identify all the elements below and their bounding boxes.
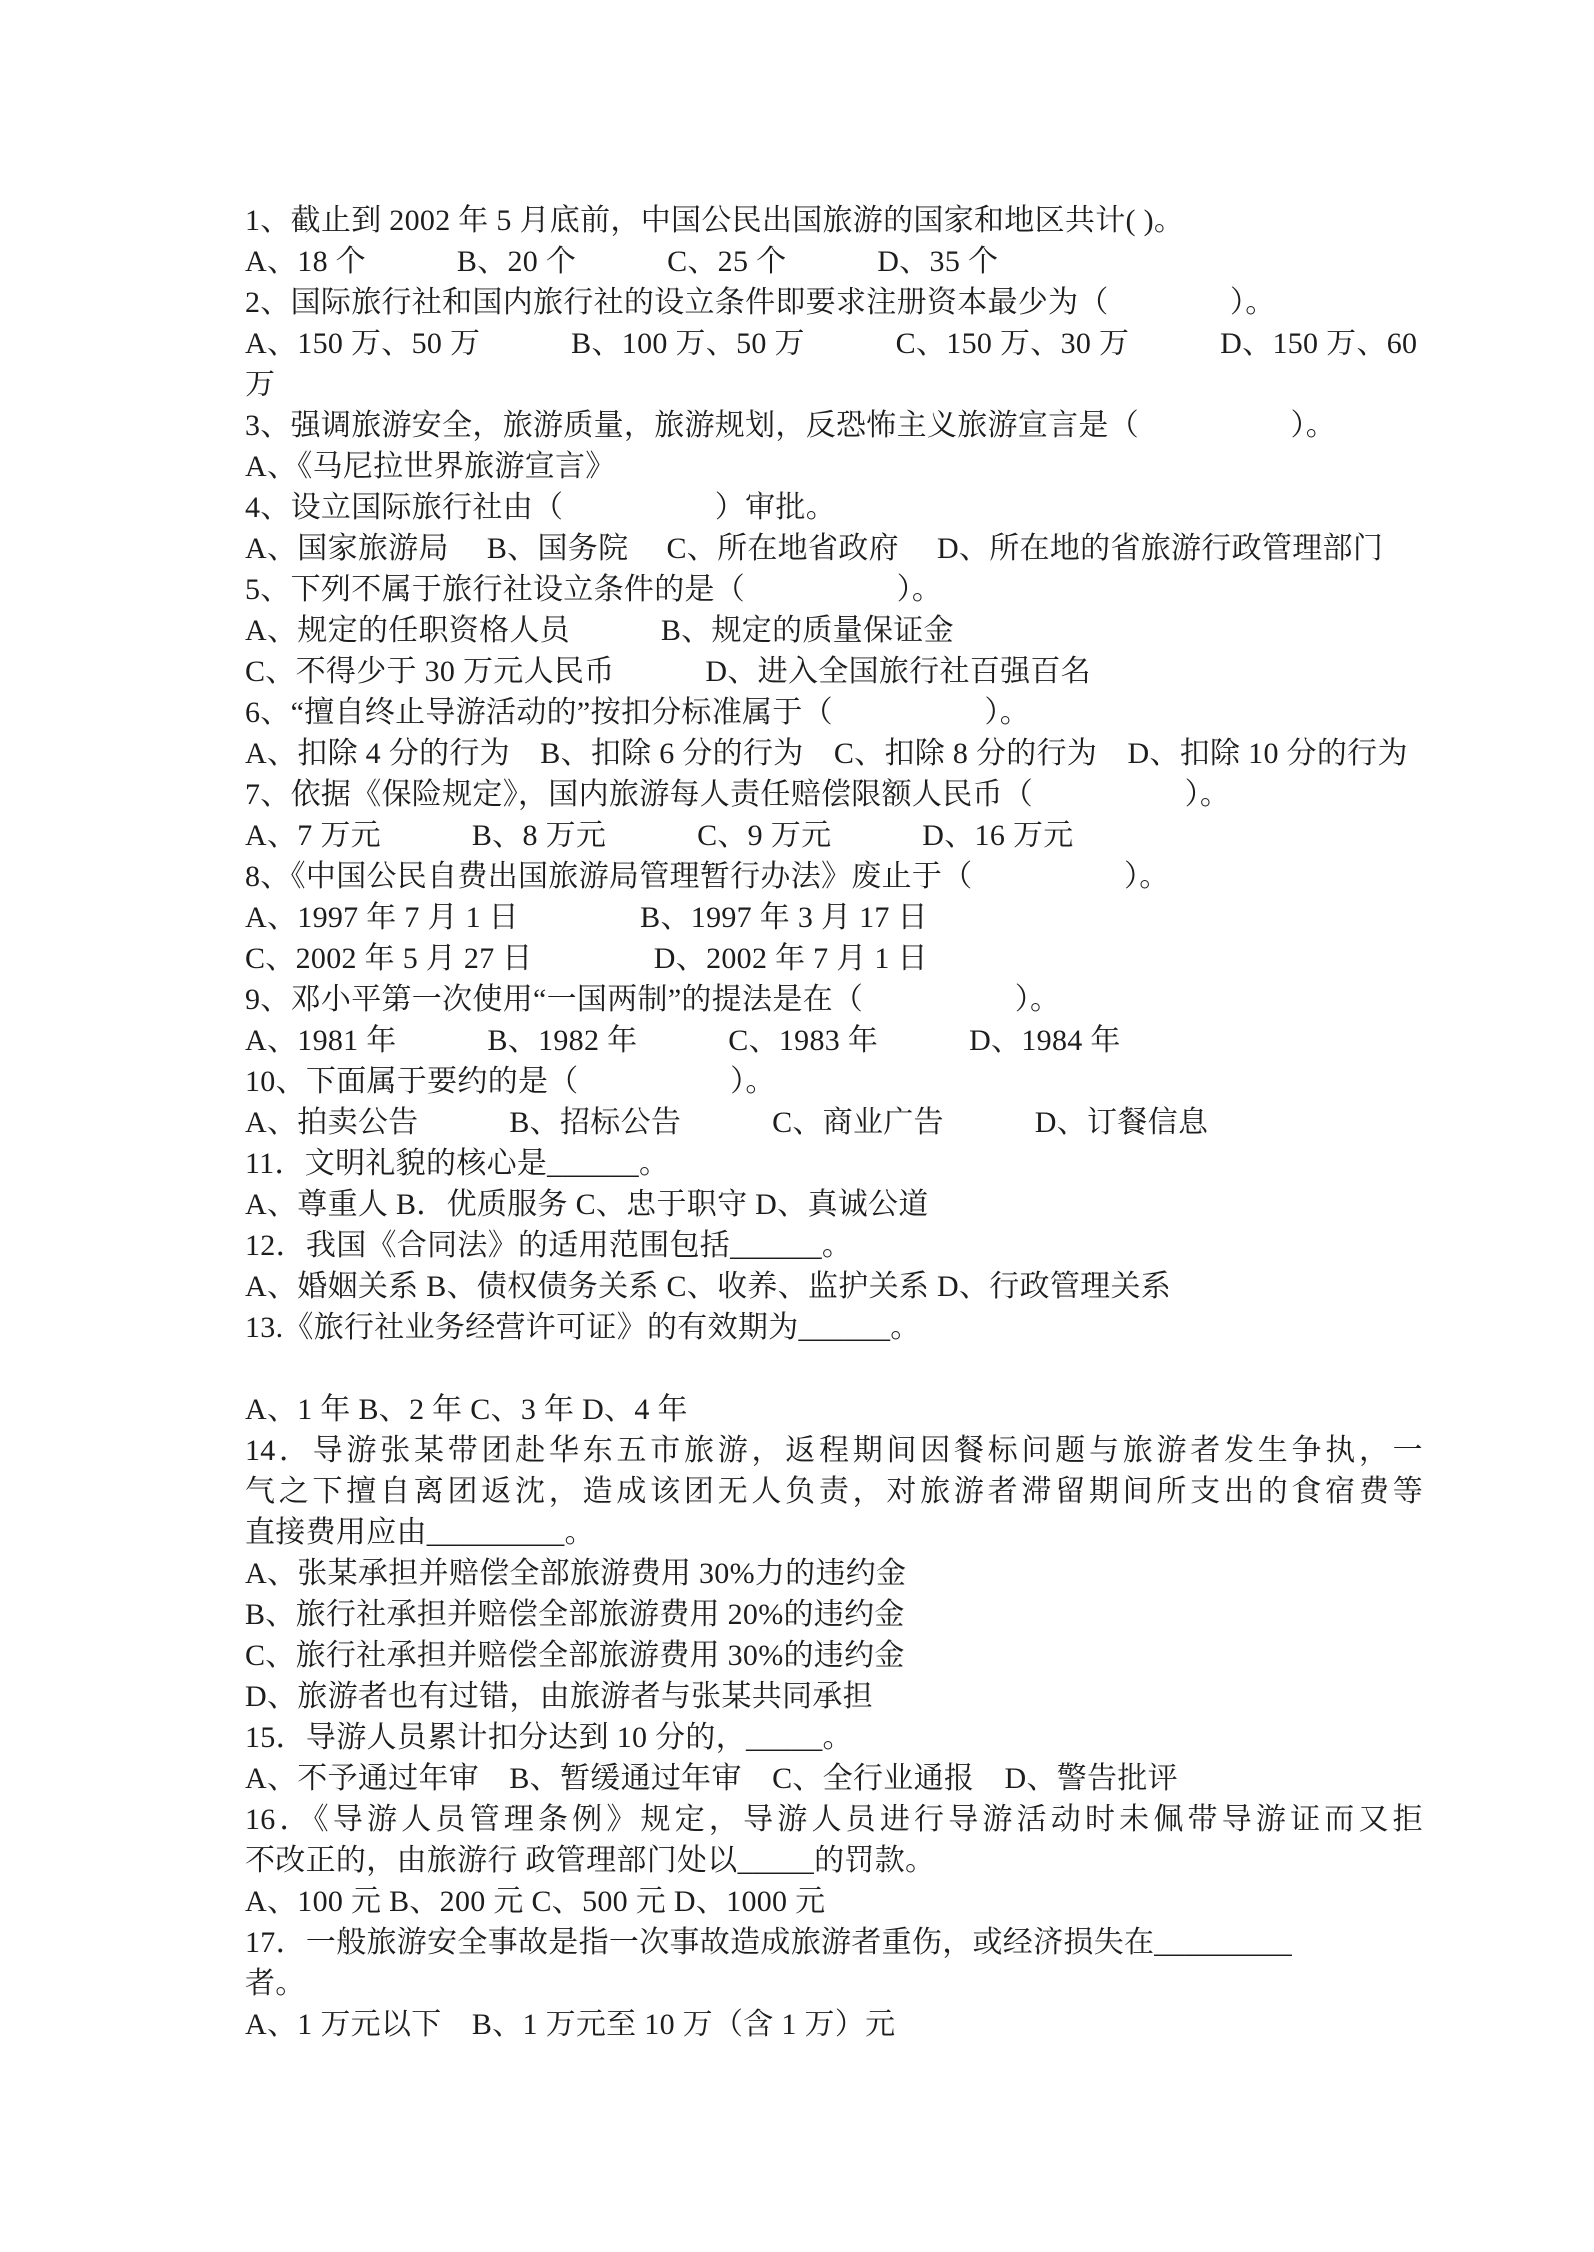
q6-options: A、扣除 4 分的行为 B、扣除 6 分的行为 C、扣除 8 分的行为 D、扣除… [245,733,1423,774]
q16-options: A、100 元 B、200 元 C、500 元 D、1000 元 [245,1881,1423,1922]
q9-stem: 9、邓小平第一次使用“一国两制”的提法是在（ ）。 [245,979,1423,1020]
q12-options: A、婚姻关系 B、债权债务关系 C、收养、监护关系 D、行政管理关系 [245,1266,1423,1307]
q10-options: A、拍卖公告 B、招标公告 C、商业广告 D、订餐信息 [245,1102,1423,1143]
q10-stem: 10、下面属于要约的是（ ）。 [245,1061,1423,1102]
document-page: 1、截止到 2002 年 5 月底前，中国公民出国旅游的国家和地区共计( )。A… [0,0,1594,2252]
q15-options: A、不予通过年审 B、暂缓通过年审 C、全行业通报 D、警告批评 [245,1758,1423,1799]
q4-options: A、国家旅游局 B、国务院 C、所在地省政府 D、所在地的省旅游行政管理部门 [245,528,1423,569]
q2-stem: 2、国际旅行社和国内旅行社的设立条件即要求注册资本最少为（ ）。 [245,282,1423,323]
q2-options: A、150 万、50 万 B、100 万、50 万 C、150 万、30 万 D… [245,323,1423,405]
q17-options: A、1 万元以下 B、1 万元至 10 万（含 1 万）元 [245,2004,1423,2045]
q16-stem-line-1: 16．《导游人员管理条例》规定，导游人员进行导游活动时未佩带导游证而又拒 [245,1799,1423,1840]
question-text-block: 1、截止到 2002 年 5 月底前，中国公民出国旅游的国家和地区共计( )。A… [245,200,1423,2045]
q12-stem: 12．我国《合同法》的适用范围包括______。 [245,1225,1423,1266]
q1-stem: 1、截止到 2002 年 5 月底前，中国公民出国旅游的国家和地区共计( )。 [245,200,1423,241]
q13-options: A、1 年 B、2 年 C、3 年 D、4 年 [245,1389,1423,1430]
q11-stem: 11．文明礼貌的核心是______。 [245,1143,1423,1184]
blank-spacer [245,1348,1423,1389]
q13-stem: 13.《旅行社业务经营许可证》的有效期为______。 [245,1307,1423,1348]
q1-options: A、18 个 B、20 个 C、25 个 D、35 个 [245,241,1423,282]
q7-options: A、7 万元 B、8 万元 C、9 万元 D、16 万元 [245,815,1423,856]
q5-options-cd: C、不得少于 30 万元人民币 D、进入全国旅行社百强百名 [245,651,1423,692]
q15-stem: 15．导游人员累计扣分达到 10 分的，_____。 [245,1717,1423,1758]
q14-stem-line-1: 14．导游张某带团赴华东五市旅游，返程期间因餐标问题与旅游者发生争执，一 [245,1430,1423,1471]
q9-options: A、1981 年 B、1982 年 C、1983 年 D、1984 年 [245,1020,1423,1061]
q17-stem-line-1: 17．一般旅游安全事故是指一次事故造成旅游者重伤，或经济损失在_________ [245,1922,1423,1963]
q5-stem: 5、下列不属于旅行社设立条件的是（ ）。 [245,569,1423,610]
q8-options-ab: A、1997 年 7 月 1 日 B、1997 年 3 月 17 日 [245,897,1423,938]
q14-option-d: D、旅游者也有过错，由旅游者与张某共同承担 [245,1676,1423,1717]
q3-option-a: A、《马尼拉世界旅游宣言》 [245,446,1423,487]
q4-stem: 4、设立国际旅行社由（ ）审批。 [245,487,1423,528]
q17-stem-line-2: 者。 [245,1963,1423,2004]
q5-options-ab: A、规定的任职资格人员 B、规定的质量保证金 [245,610,1423,651]
q14-option-c: C、旅行社承担并赔偿全部旅游费用 30%的违约金 [245,1635,1423,1676]
q3-stem: 3、强调旅游安全，旅游质量，旅游规划，反恐怖主义旅游宣言是（ ）。 [245,405,1423,446]
q6-stem: 6、“擅自终止导游活动的”按扣分标准属于（ ）。 [245,692,1423,733]
q16-stem-line-2: 不改正的，由旅游行 政管理部门处以_____的罚款。 [245,1840,1423,1881]
q14-stem-line-3: 直接费用应由_________。 [245,1512,1423,1553]
q11-options: A、尊重人 B．优质服务 C、忠于职守 D、真诚公道 [245,1184,1423,1225]
q14-stem-line-2: 气之下擅自离团返沈，造成该团无人负责，对旅游者滞留期间所支出的食宿费等 [245,1471,1423,1512]
q14-option-b: B、旅行社承担并赔偿全部旅游费用 20%的违约金 [245,1594,1423,1635]
q14-option-a: A、张某承担并赔偿全部旅游费用 30%力的违约金 [245,1553,1423,1594]
q7-stem: 7、依据《保险规定》，国内旅游每人责任赔偿限额人民币（ ）。 [245,774,1423,815]
q8-options-cd: C、2002 年 5 月 27 日 D、2002 年 7 月 1 日 [245,938,1423,979]
q8-stem: 8、《中国公民自费出国旅游局管理暂行办法》废止于（ ）。 [245,856,1423,897]
